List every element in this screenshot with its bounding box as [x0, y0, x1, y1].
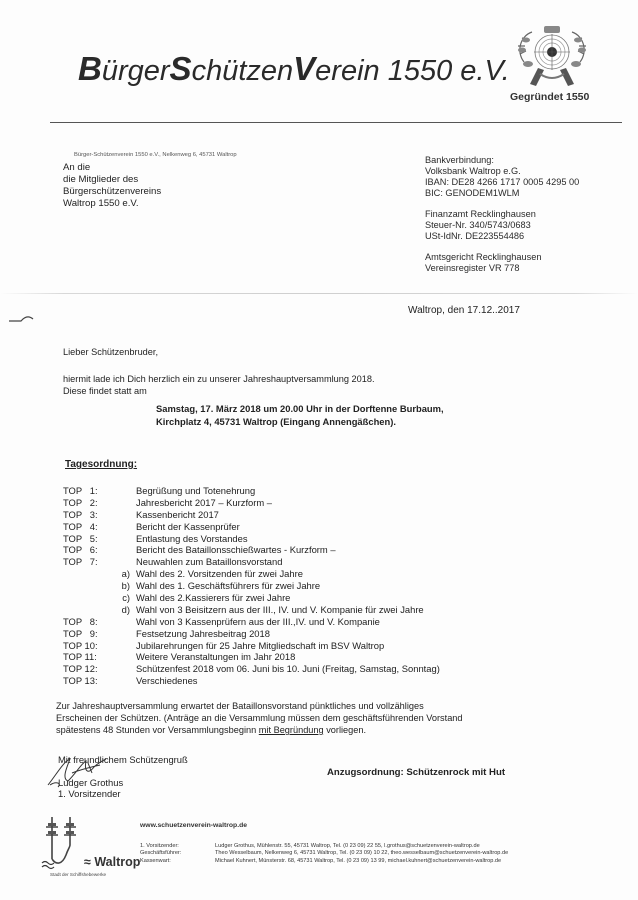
agenda-item-number: TOP 2:: [63, 497, 133, 509]
agenda-title: Tagesordnung:: [65, 459, 137, 470]
info-line: Bankverbindung:: [425, 155, 579, 166]
agenda-item-number: TOP 13:: [63, 675, 133, 687]
agenda-item-text: Festsetzung Jahresbeitrag 2018: [136, 628, 270, 640]
agenda-item-number: TOP 1:: [63, 485, 133, 497]
agenda-item-text: Jubilarehrungen für 25 Jahre Mitgliedsch…: [136, 640, 384, 652]
agenda-item-text: Neuwahlen zum Bataillonsvorstand: [136, 556, 282, 568]
agenda-item-text: Bericht des Bataillonsschießwartes - Kur…: [136, 544, 336, 556]
dress-code: Anzugsordnung: Schützenrock mit Hut: [327, 767, 505, 778]
bank-details: Bankverbindung: Volksbank Waltrop e.G. I…: [425, 155, 579, 199]
website-link[interactable]: www.schuetzenverein-waltrop.de: [140, 822, 247, 829]
info-line: IBAN: DE28 4266 1717 0005 4295 00: [425, 177, 579, 188]
agenda-item-text: Wahl von 3 Beisitzern aus der III., IV. …: [136, 604, 424, 616]
board-contact-details: Theo Wesselbaum, Nelkenweg 6, 45731 Walt…: [215, 850, 508, 857]
signer-role: 1. Vorsitzender: [58, 788, 188, 800]
shooting-target-emblem-icon: [510, 24, 594, 88]
club-title-part: chützen: [192, 55, 294, 87]
club-title: BürgerSchützenVerein 1550 e.V.: [78, 50, 510, 88]
closing-line: spätestens 48 Stunden vor Versammlungsbe…: [56, 724, 616, 736]
city-name: ≈ Waltrop: [84, 855, 140, 869]
agenda-item-number: TOP 6:: [63, 544, 133, 556]
intro-text: hiermit lade ich Dich herzlich ein zu un…: [63, 373, 375, 397]
agenda-item-text: Bericht der Kassenprüfer: [136, 521, 240, 533]
agenda-subitem-label: d): [90, 604, 130, 616]
recipient-address: An die die Mitglieder des Bürgerschützen…: [63, 162, 161, 210]
city-tagline: Stadt der Schiffshebewerke: [50, 872, 106, 877]
agenda-item-text: Wahl des 2. Vorsitzenden für zwei Jahre: [136, 568, 303, 580]
bank-and-registry-info: Bankverbindung: Volksbank Waltrop e.G. I…: [425, 155, 579, 284]
event-details: Samstag, 17. März 2018 um 20.00 Uhr in d…: [156, 402, 444, 428]
agenda-item-text: Schützenfest 2018 vom 06. Juni bis 10. J…: [136, 663, 440, 675]
board-contact-details: Ludger Grothus, Mühlenstr. 55, 45731 Wal…: [215, 843, 480, 850]
agenda-item-text: Wahl des 1. Geschäftsführers für zwei Ja…: [136, 580, 320, 592]
closing-paragraph: Zur Jahreshauptversammlung erwartet der …: [56, 700, 616, 736]
tax-details: Finanzamt Recklinghausen Steuer-Nr. 340/…: [425, 209, 579, 242]
underlined-emphasis: mit Begründung: [259, 725, 324, 735]
agenda-item-number: TOP 10:: [63, 640, 133, 652]
agenda-item-number: TOP 9:: [63, 628, 133, 640]
club-title-part: ürger: [102, 55, 170, 87]
agenda-item-text: Verschiedenes: [136, 675, 198, 687]
agenda-item-number: TOP 3:: [63, 509, 133, 521]
header-divider: [50, 122, 622, 123]
agenda-item-number: TOP 12:: [63, 663, 133, 675]
scan-fold-line: [0, 293, 638, 294]
info-line: Finanzamt Recklinghausen: [425, 209, 579, 220]
info-line: Vereinsregister VR 778: [425, 263, 579, 274]
club-title-initial-b: B: [78, 50, 102, 87]
agenda-item-number: TOP 4:: [63, 521, 133, 533]
closing-line: Zur Jahreshauptversammlung erwartet der …: [56, 700, 616, 712]
agenda-subitem-label: c): [90, 592, 130, 604]
recipient-line: Bürgerschützenvereins: [63, 186, 161, 198]
agenda-item-text: Entlastung des Vorstandes: [136, 533, 248, 545]
club-title-initial-s: S: [170, 50, 192, 87]
intro-line: Diese findet statt am: [63, 385, 375, 397]
agenda-item-number: TOP 5:: [63, 533, 133, 545]
event-line: Kirchplatz 4, 45731 Waltrop (Eingang Ann…: [156, 415, 444, 428]
letter-date: Waltrop, den 17.12..2017: [408, 305, 520, 316]
event-line: Samstag, 17. März 2018 um 20.00 Uhr in d…: [156, 402, 444, 415]
recipient-line: An die: [63, 162, 161, 174]
agenda-item-text: Begrüßung und Totenehrung: [136, 485, 255, 497]
board-contact-details: Michael Kuhnert, Münsterstr. 68, 45731 W…: [215, 858, 501, 865]
agenda-subitem-label: b): [90, 580, 130, 592]
agenda-item-number: TOP 11:: [63, 651, 133, 663]
agenda-item-number: TOP 7:: [63, 556, 133, 568]
agenda-item-text: Wahl von 3 Kassenprüfern aus der III.,IV…: [136, 616, 380, 628]
club-title-part: erein 1550 e.V.: [315, 55, 510, 87]
board-role: 1. Vorsitzender:: [140, 843, 179, 850]
recipient-line: die Mitglieder des: [63, 174, 161, 186]
agenda-item-text: Wahl des 2.Kassierers für zwei Jahre: [136, 592, 290, 604]
closing-line: Erscheinen der Schützen. (Anträge an die…: [56, 712, 616, 724]
signature-icon: [42, 755, 132, 789]
agenda-item-number: TOP 8:: [63, 616, 133, 628]
fold-mark-icon: [7, 313, 35, 323]
agenda-item-text: Jahresbericht 2017 – Kurzform –: [136, 497, 272, 509]
info-line: Amtsgericht Recklinghausen: [425, 252, 579, 263]
info-line: BIC: GENODEM1WLM: [425, 188, 579, 199]
intro-line: hiermit lade ich Dich herzlich ein zu un…: [63, 373, 375, 385]
agenda-subitem-label: a): [90, 568, 130, 580]
board-role: Kassenwart:: [140, 858, 171, 865]
sender-return-address: Bürger-Schützenverein 1550 e.V., Nelkenw…: [74, 152, 237, 158]
info-line: Steuer-Nr. 340/5743/0683: [425, 220, 579, 231]
info-line: USt-IdNr. DE223554486: [425, 231, 579, 242]
founded-label: Gegründet 1550: [510, 91, 589, 103]
agenda-item-text: Weitere Veranstaltungen im Jahr 2018: [136, 651, 295, 663]
salutation: Lieber Schützenbruder,: [63, 347, 158, 357]
club-title-initial-v: V: [293, 50, 315, 87]
info-line: Volksbank Waltrop e.G.: [425, 166, 579, 177]
registry-details: Amtsgericht Recklinghausen Vereinsregist…: [425, 252, 579, 274]
agenda-item-text: Kassenbericht 2017: [136, 509, 219, 521]
board-role: Geschäftsführer:: [140, 850, 181, 857]
recipient-line: Waltrop 1550 e.V.: [63, 198, 161, 210]
